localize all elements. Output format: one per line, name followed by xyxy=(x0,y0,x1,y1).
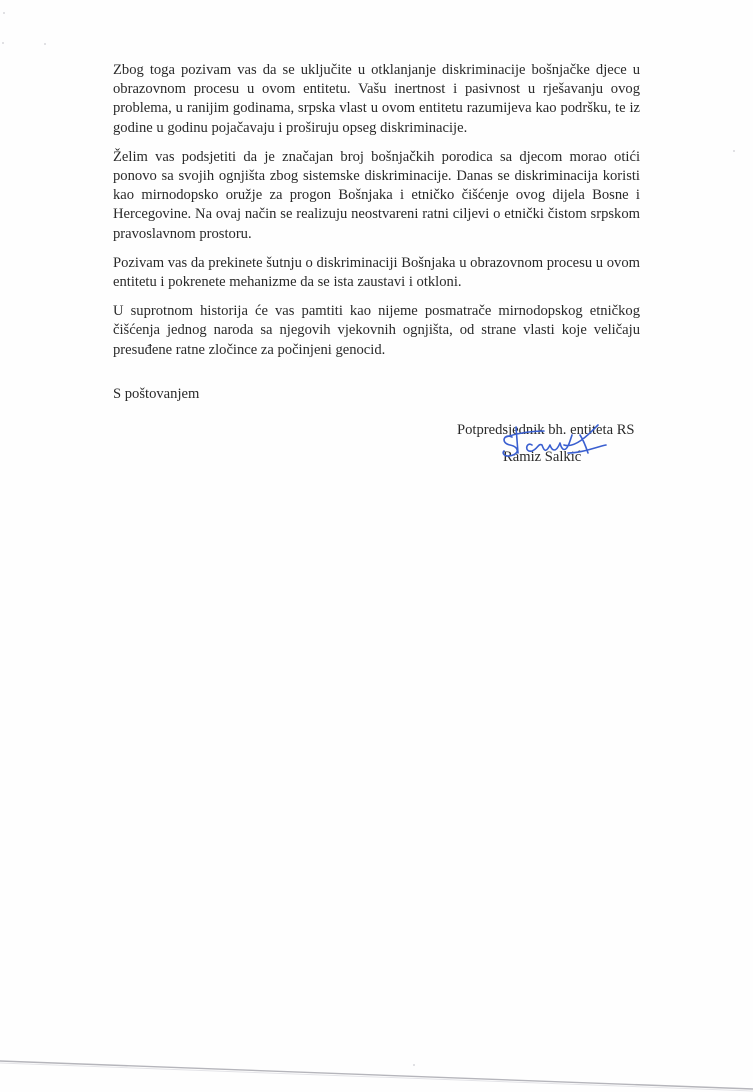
scan-speck xyxy=(733,150,735,152)
scan-speck xyxy=(44,43,46,45)
paragraph-reminder: Želim vas podsjetiti da je značajan broj… xyxy=(113,148,640,244)
scan-speck xyxy=(2,42,4,44)
scanned-letter-page: Zbog toga pozivam vas da se uključite u … xyxy=(0,0,753,1092)
handwritten-signature-icon xyxy=(498,423,618,465)
scan-speck xyxy=(3,12,5,14)
letter-body: Zbog toga pozivam vas da se uključite u … xyxy=(113,61,640,370)
closing-salutation: S poštovanjem xyxy=(113,385,199,404)
paragraph-break-silence: Pozivam vas da prekinete šutnju o diskri… xyxy=(113,254,640,292)
scan-speck xyxy=(413,1064,415,1066)
paragraph-warning: U suprotnom historija će vas pamtiti kao… xyxy=(113,302,640,360)
paragraph-call-to-action: Zbog toga pozivam vas da se uključite u … xyxy=(113,61,640,138)
